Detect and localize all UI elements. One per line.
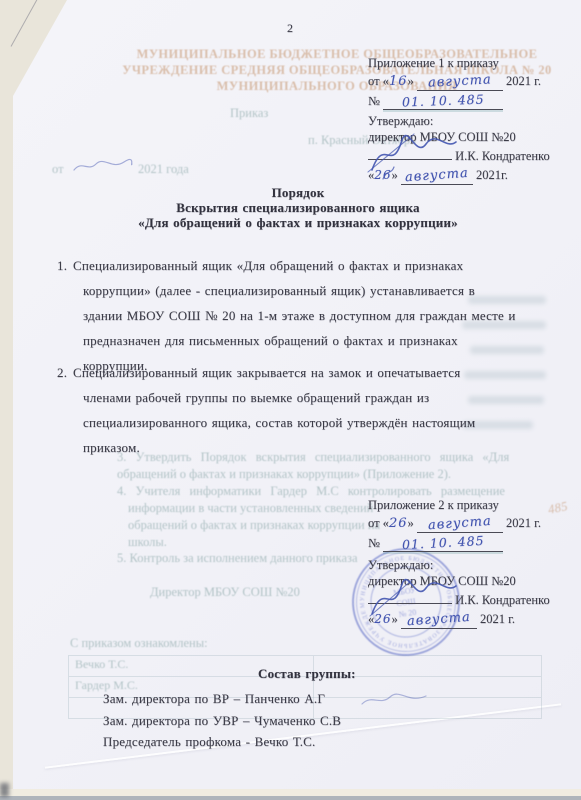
annex1-date-line: от «16» августа 2021 г. (368, 73, 541, 91)
group-member: Зам. директора по ВР – Панченко А.Г (103, 688, 341, 710)
month-blank: августа (417, 515, 503, 533)
ghost-table-name: Вечко Т.С. (75, 657, 128, 672)
list-line: коррупции» (далее - специализированный я… (83, 278, 516, 303)
ghost-item3-line2: обращений о фактах и признаках коррупции… (117, 467, 451, 482)
list-line: предназначен для письменных обращений о … (83, 328, 516, 353)
group-heading: Состав группы: (258, 666, 356, 682)
scan-edge (0, 796, 581, 800)
annex1-title: Приложение 1 к приказу (368, 55, 541, 71)
ghost-acquainted: С приказом ознакомлены: (70, 636, 208, 651)
ghost-director-line: Директор МБОУ СОШ №20 (150, 585, 300, 600)
annex2-date-line: от «26» августа 2021 г. (368, 515, 541, 533)
list-line: членами рабочей группы по выемке обращен… (83, 385, 475, 410)
list-line: специализированного ящика, состав которо… (83, 410, 475, 435)
month-blank: августа (417, 73, 503, 91)
number-blank: 01. 10. 485 (383, 535, 503, 552)
approve-label: Утверждаю: (368, 113, 550, 129)
annex2-title: Приложение 2 к приказу (368, 497, 541, 513)
director-signature-scribble (362, 128, 462, 176)
handwritten-number: 01. 10. 485 (402, 92, 485, 111)
approve-label: Утверждаю: (368, 557, 550, 573)
order-title-line3: «Для обращений о фактах и признаках корр… (73, 215, 523, 230)
ghost-prikaz: Приказ (230, 106, 268, 121)
order-title-line1: Порядок (73, 185, 523, 200)
handwritten-day: 16 (389, 74, 408, 89)
group-member: Председатель профкома - Вечко Т.С. (103, 731, 341, 753)
ghost-signature-scribble (360, 692, 430, 708)
ghost-item5: 5. Контроль за исполнением данного прика… (117, 551, 358, 566)
ghost-date-from: от (52, 162, 64, 177)
ghost-item4-line2: информации в части установленных сведени… (128, 501, 373, 516)
scanner-background (0, 789, 581, 796)
handwritten-number: 01. 10. 485 (401, 533, 484, 553)
annex2-number-line: № 01. 10. 485 (368, 535, 541, 552)
list-item-2: 2. Специализированный ящик закрывается н… (73, 360, 475, 460)
approver-name: И.К. Кондратенко (455, 593, 550, 607)
number-blank: 01. 10. 485 (383, 93, 503, 110)
list-line: здании МБОУ СОШ № 20 на 1-м этаже в дост… (83, 303, 516, 328)
ghost-item4-line4: школы. (128, 535, 167, 550)
order-title: Порядок Вскрытия специализированного ящи… (73, 185, 523, 230)
ghost-date-year: 2021 года (138, 162, 189, 177)
list-marker: 1. (57, 253, 67, 278)
approver-name: И.К. Кондратенко (455, 149, 550, 163)
list-line: приказом. (83, 435, 475, 460)
order-title-line2: Вскрытия специализированного ящика (73, 200, 523, 215)
handwritten-day: 26 (389, 516, 408, 531)
bleed-smudge (468, 396, 544, 404)
ink-tick (380, 166, 398, 182)
ghost-item4-line3: обращений о фактах и признаках коррупции… (128, 518, 380, 533)
annex1-block: Приложение 1 к приказу от «16» августа 2… (368, 55, 541, 110)
group-member: Зам. директора по УВР – Чумаченко С.В (103, 710, 341, 732)
list-line: Специализированный ящик закрывается на з… (73, 360, 475, 385)
group-members: Зам. директора по ВР – Панченко А.Г Зам.… (103, 688, 341, 753)
scan-edge-smudge (0, 783, 9, 797)
handwritten-month: августа (428, 72, 493, 91)
annex2-block: Приложение 2 к приказу от «26» августа 2… (368, 497, 541, 552)
annex1-number-line: № 01. 10. 485 (368, 93, 541, 110)
handwritten-month: августа (427, 514, 492, 534)
page-number: 2 (287, 20, 293, 36)
list-line: Специализированный ящик «Для обращений о… (73, 253, 516, 278)
scanned-document: МУНИЦИПАЛЬНОЕ БЮДЖЕТНОЕ ОБЩЕОБРАЗОВАТЕЛЬ… (0, 0, 581, 800)
list-marker: 2. (57, 360, 67, 385)
ghost-signature-scribble (72, 158, 134, 174)
director-signature-scribble (362, 572, 462, 620)
